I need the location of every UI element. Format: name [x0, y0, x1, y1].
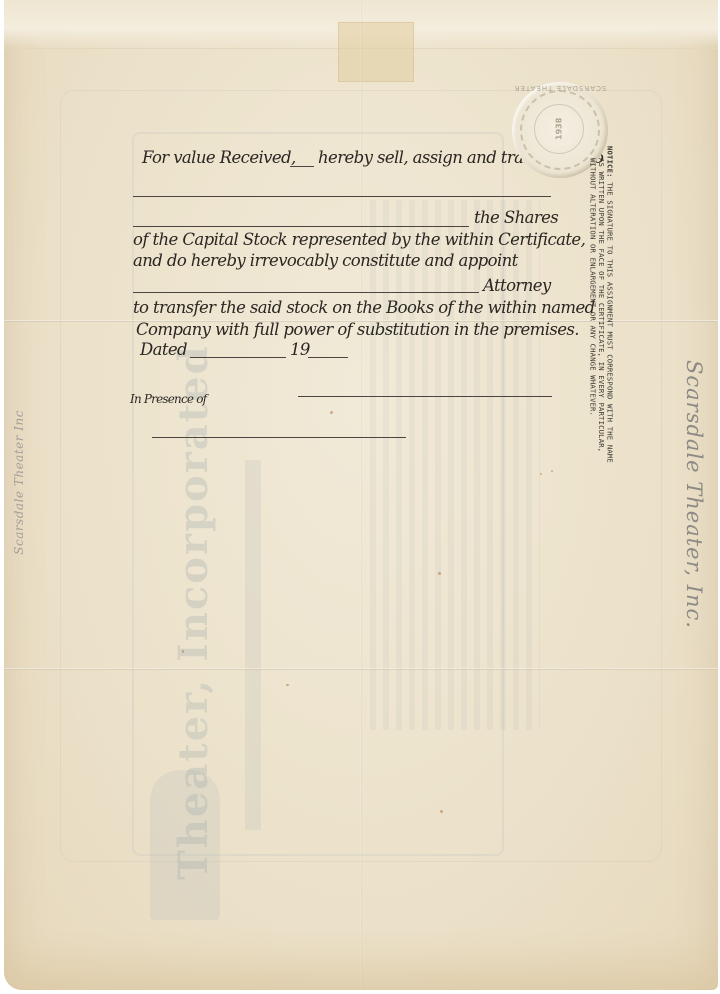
assignment-line-6-suffix: Attorney	[483, 276, 551, 295]
foxing-spot	[182, 650, 184, 653]
notice-heading: NOTICE:	[606, 146, 615, 178]
assignee-line	[133, 196, 551, 197]
foxing-spot	[440, 810, 443, 813]
show-through-title: Theater, Incorporated	[170, 440, 280, 880]
notice-line-2: AS WRITTEN UPON THE FACE OF THE CERTIFIC…	[597, 146, 606, 463]
pencil-note-left: Scarsdale Theater Inc	[12, 410, 26, 555]
signature-notice: NOTICE: THE SIGNATURE TO THIS ASSIGNMENT…	[588, 146, 614, 463]
date-line	[190, 357, 286, 358]
attorney-line	[133, 292, 479, 293]
seal-outer-text: SCARSDALE THEATER	[512, 84, 608, 92]
notice-line-3: WITHOUT ALTERATION OR ENLARGEMENT OR ANY…	[588, 146, 597, 463]
pencil-note-right: Scarsdale Theater, Inc.	[682, 360, 706, 629]
foxing-spot	[286, 684, 289, 686]
foxing-spot	[330, 411, 333, 414]
foxing-spot	[551, 470, 553, 472]
assignment-line-7: to transfer the said stock on the Books …	[133, 298, 595, 317]
assignment-line-8: Company with full power of substitution …	[136, 320, 579, 339]
assignment-line-5: and do hereby irrevocably constitute and…	[133, 251, 518, 270]
foxing-spot	[438, 572, 441, 575]
shares-line	[133, 226, 469, 227]
dated-label: Dated	[140, 340, 187, 359]
assignment-line-1-prefix: For value Received,	[142, 148, 296, 167]
assignment-line-4: of the Capital Stock represented by the …	[133, 230, 585, 249]
repair-tape	[338, 22, 414, 82]
in-presence-of-label: In Presence of	[130, 392, 206, 406]
year-line	[308, 357, 348, 358]
assignor-signature-line	[298, 396, 552, 397]
signature-line	[290, 166, 314, 167]
worn-bottom-edge	[4, 930, 718, 990]
witness-signature-line	[152, 437, 406, 438]
year-prefix: 19	[290, 340, 310, 359]
seal-inner-text: 1938	[534, 104, 584, 154]
notice-line-1: THE SIGNATURE TO THIS ASSIGNMENT MUST CO…	[606, 182, 615, 463]
assignment-line-3-suffix: the Shares	[474, 208, 558, 227]
foxing-spot	[540, 473, 542, 475]
